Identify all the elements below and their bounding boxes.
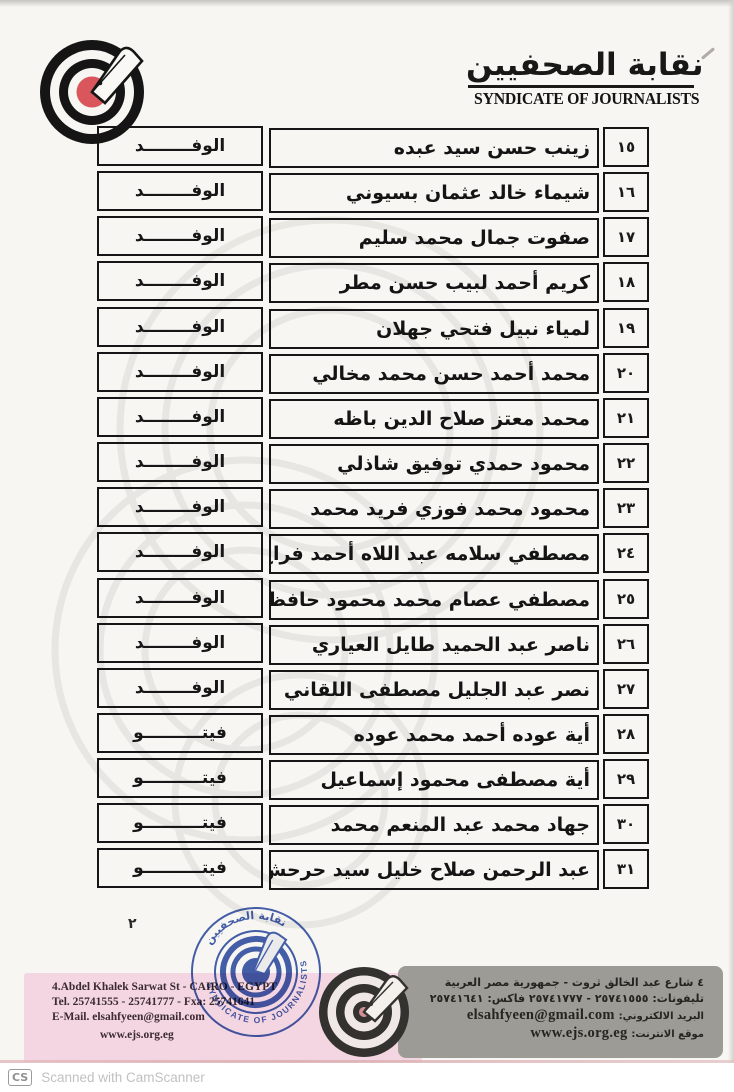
table-row: ٢٧نصر عبد الجليل مصطفى اللقانيالوفــــــ…	[97, 670, 649, 710]
affiliation-cell: فيتــــــــــو	[97, 713, 263, 753]
table-row: ٢٤مصطفي سلامه عبد اللاه أحمد فراجالوفـــ…	[97, 534, 649, 574]
table-row: ١٩لمياء نبيل فتحي جهلانالوفــــــــد	[97, 309, 649, 349]
affiliation-cell: الوفــــــــد	[97, 307, 263, 347]
table-row: ١٦شيماء خالد عثمان بسيونيالوفــــــــد	[97, 173, 649, 213]
member-name-cell: صفوت جمال محمد سليم	[269, 218, 599, 258]
table-row: ٢٣محمود محمد فوزي فريد محمدالوفــــــــد	[97, 489, 649, 529]
footer-website-label: موقع الانترنت:	[631, 1029, 704, 1040]
member-name-cell: جهاد محمد عبد المنعم محمد	[269, 805, 599, 845]
members-table: ١٥زينب حسن سيد عبدهالوفــــــــد١٦شيماء …	[0, 0, 734, 1092]
footer-address-arabic: ٤ شارع عبد الخالق ثروت - جمهورية مصر الع…	[414, 975, 704, 1043]
affiliation-cell: فيتــــــــــو	[97, 848, 263, 888]
row-number-cell: ٢٤	[603, 533, 649, 573]
affiliation-cell: الوفــــــــد	[97, 578, 263, 618]
row-number-cell: ٢٨	[603, 714, 649, 754]
member-name-cell: عبد الرحمن صلاح خليل سيد حرحش	[269, 850, 599, 890]
table-row: ١٨كريم أحمد لبيب حسن مطرالوفــــــــد	[97, 263, 649, 303]
member-name-cell: محمد معتز صلاح الدين باظه	[269, 399, 599, 439]
affiliation-cell: الوفــــــــد	[97, 442, 263, 482]
affiliation-cell: الوفــــــــد	[97, 261, 263, 301]
affiliation-cell: الوفــــــــد	[97, 532, 263, 572]
table-row: ٢٠محمد أحمد حسن محمد مخاليالوفــــــــد	[97, 354, 649, 394]
member-name-cell: نصر عبد الجليل مصطفى اللقاني	[269, 670, 599, 710]
member-name-cell: زينب حسن سيد عبده	[269, 128, 599, 168]
row-number-cell: ٢٥	[603, 579, 649, 619]
footer-email-ar: البريد الالكتروني: elsahfyeen@gmail.com	[414, 1007, 704, 1025]
affiliation-cell: الوفــــــــد	[97, 397, 263, 437]
affiliation-cell: الوفــــــــد	[97, 487, 263, 527]
affiliation-cell: فيتــــــــــو	[97, 803, 263, 843]
row-number-cell: ١٨	[603, 262, 649, 302]
camscanner-text: Scanned with CamScanner	[41, 1070, 205, 1085]
row-number-cell: ٢٩	[603, 759, 649, 799]
member-name-cell: محمود محمد فوزي فريد محمد	[269, 489, 599, 529]
member-name-cell: أية مصطفى محمود إسماعيل	[269, 760, 599, 800]
member-name-cell: مصطفي سلامه عبد اللاه أحمد فراج	[269, 534, 599, 574]
member-name-cell: لمياء نبيل فتحي جهلان	[269, 309, 599, 349]
affiliation-cell: الوفــــــــد	[97, 126, 263, 166]
row-number-cell: ٣٠	[603, 804, 649, 844]
row-number-cell: ٢٢	[603, 443, 649, 483]
camscanner-logo-icon: CS	[8, 1069, 32, 1086]
table-row: ٢٦ناصر عبد الحميد طايل العياريالوفــــــ…	[97, 625, 649, 665]
page-number: ٢	[128, 916, 137, 932]
row-number-cell: ١٧	[603, 217, 649, 257]
table-row: ٢٨أية عوده أحمد محمد عودهفيتــــــــــو	[97, 715, 649, 755]
row-number-cell: ٢٧	[603, 669, 649, 709]
table-row: ٣٠جهاد محمد عبد المنعم محمدفيتــــــــــ…	[97, 805, 649, 845]
affiliation-cell: الوفــــــــد	[97, 668, 263, 708]
scanned-document-page: نقابة الصحفيين SYNDICATE OF JOURNALISTS …	[0, 0, 734, 1092]
footer-phones-ar: تليفونات: ٢٥٧٤١٥٥٥ - ٢٥٧٤١٧٧٧ فاكس: ٢٥٧٤…	[414, 991, 704, 1007]
affiliation-cell: الوفــــــــد	[97, 623, 263, 663]
member-name-cell: مصطفي عصام محمد محمود حافظ	[269, 580, 599, 620]
table-row: ٢٢محمود حمدي توفيق شاذليالوفــــــــد	[97, 444, 649, 484]
row-number-cell: ٢١	[603, 398, 649, 438]
table-row: ١٥زينب حسن سيد عبدهالوفــــــــد	[97, 128, 649, 168]
row-number-cell: ١٩	[603, 308, 649, 348]
footer-email-value: elsahfyeen@gmail.com	[467, 1007, 615, 1023]
row-number-cell: ١٥	[603, 127, 649, 167]
affiliation-cell: فيتــــــــــو	[97, 758, 263, 798]
table-row: ١٧صفوت جمال محمد سليمالوفــــــــد	[97, 218, 649, 258]
footer-email-label: البريد الالكتروني:	[619, 1011, 704, 1022]
affiliation-cell: الوفــــــــد	[97, 352, 263, 392]
member-name-cell: كريم أحمد لبيب حسن مطر	[269, 263, 599, 303]
footer-website-ar: موقع الانترنت: www.ejs.org.eg	[414, 1025, 704, 1043]
affiliation-cell: الوفــــــــد	[97, 171, 263, 211]
row-number-cell: ٢٠	[603, 353, 649, 393]
table-row: ٢١محمد معتز صلاح الدين باظهالوفــــــــد	[97, 399, 649, 439]
row-number-cell: ٢٣	[603, 488, 649, 528]
footer-website-value: www.ejs.org.eg	[530, 1025, 627, 1041]
member-name-cell: أية عوده أحمد محمد عوده	[269, 715, 599, 755]
table-row: ٢٩أية مصطفى محمود إسماعيلفيتــــــــــو	[97, 760, 649, 800]
row-number-cell: ٣١	[603, 849, 649, 889]
affiliation-cell: الوفــــــــد	[97, 216, 263, 256]
table-row: ٣١عبد الرحمن صلاح خليل سيد حرحشفيتــــــ…	[97, 850, 649, 890]
camscanner-bar: CS Scanned with CamScanner	[0, 1063, 734, 1092]
member-name-cell: محمد أحمد حسن محمد مخالي	[269, 354, 599, 394]
row-number-cell: ١٦	[603, 172, 649, 212]
member-name-cell: ناصر عبد الحميد طايل العياري	[269, 625, 599, 665]
footer-street-ar: ٤ شارع عبد الخالق ثروت - جمهورية مصر الع…	[414, 975, 704, 991]
member-name-cell: محمود حمدي توفيق شاذلي	[269, 444, 599, 484]
table-row: ٢٥مصطفي عصام محمد محمود حافظالوفــــــــ…	[97, 580, 649, 620]
row-number-cell: ٢٦	[603, 624, 649, 664]
member-name-cell: شيماء خالد عثمان بسيوني	[269, 173, 599, 213]
